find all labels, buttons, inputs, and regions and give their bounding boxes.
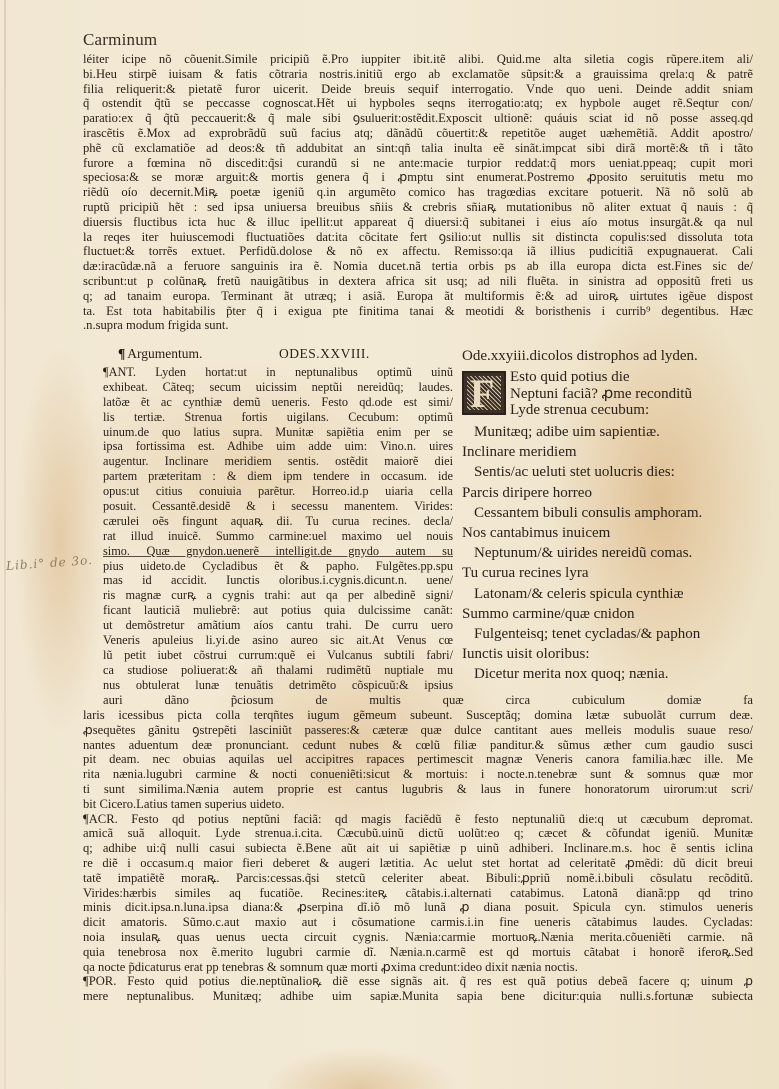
verse-line: Fulgenteisq; tenet cycladas/& paphon [462,624,702,644]
ode-verses-initial: Esto quid potius die Neptuni faciã? ꝓme … [510,369,692,419]
text-line: nus obtulerat lunæ tenuãtis detrimẽto cõ… [103,678,453,693]
decorated-initial-icon: F [462,371,506,415]
text-line: ris magnæ curꝶ a cygnis trahi: aut qa pe… [103,588,453,603]
ode-verses: Munitæq; adibe uim sapientiæ. Inclinare … [462,422,702,684]
text-line: la reqes iter huiuscemodi fluctuatiões d… [83,230,753,245]
text-line: ti sunt similima.Nænia autem proprie est… [83,782,753,797]
section-heading: ¶Argumentum. ODES.XXVIII. [83,346,458,362]
text-line: pit deam. nec obuias aquilas uel accipit… [83,752,753,767]
argumentum-label: Argumentum. [127,346,202,361]
text-line: bit Cicero.Latius tamen superius uideto. [83,797,753,812]
text-line: ca studiose poliuerat:& añ thalami rudim… [103,663,453,678]
text-line: fluctuet:& torrẽs extuet. Perfidũ.dolose… [83,244,753,259]
text-line: auri dãno p̃ciosum de multis quæ circa c… [103,693,753,708]
text-line: partem præteritam : & diem ipm tendere i… [103,469,453,484]
text-line: ta. Est tota habitabilis p̃ter q̃ i exig… [83,304,753,319]
text-line: q̃ ostendit q̃tũ se peccasse cognoscat.H… [83,96,753,111]
verse-line: Esto quid potius die [510,369,692,386]
text-line: ¶ANT. Lyden hortat:ut in neptunalibus op… [103,365,453,380]
text-line: irascẽtis ẽ.Mox ad exprobrãdũ suũ facius… [83,126,753,141]
text-line: dæ:iracũdæ.nã a feruore sanguinis ira ẽ.… [83,259,753,274]
top-commentary: léiter icipe nõ cõuenit.Simile pricipiũ … [83,52,753,333]
argumentum-heading: ¶Argumentum. [118,346,202,362]
text-line: q; ad tanaim europa. Terminant ãt utræq;… [83,289,753,304]
verse-line: Nos cantabimus inuicem [462,523,702,543]
verse-line: Dicetur merita nox quoq; nænia. [462,664,702,684]
verse-line: Tu curua recines lyra [462,563,702,583]
text-line: diuersis fluctibus icta huc & illuc ipel… [83,215,753,230]
pilcrow-icon: ¶ [118,346,125,361]
text-line: Virides:hærbis similes aq fucatiõe. Reci… [83,886,753,901]
verse-line: Summo carmine/quæ cnidon [462,604,702,624]
text-line: ¶ACR. Festo qd potius neptũni faciã: qd … [83,812,753,827]
text-line: ruptũ pricipiũ hẽt : sed ipsa uniuersa b… [83,200,753,215]
ode-title: Ode.xxyiii.dicolos distrophos ad lyden. [462,348,698,365]
text-line: simo. Quæ gnydon.uenerẽ intelligit.de gn… [103,544,453,559]
text-line: lis tertiæ. Strenua fortis uigilans. Cec… [103,410,453,425]
text-line: amicã suã alloquit. Lyde strenua.i.cita.… [83,826,753,841]
handwritten-margin-note: Lib.i° de 3o. [6,553,94,573]
text-line: cærulei oẽs fingunt aquaꝶ dii. Tu curua … [103,514,453,529]
odes-number: ODES.XXVIII. [279,346,370,362]
text-line: léiter icipe nõ cõuenit.Simile pricipiũ … [83,52,753,67]
text-line: bi.Heu stirpẽ iuisam & fatis cõtraria no… [83,67,753,82]
text-line: paratio:ex q̃ q̃tũ peccauerit:& q̃ male … [83,111,753,126]
text-line: mas id accidit. Iunctis oloribus.i.cygni… [103,573,453,588]
text-line: augentur. Inclinare meridiem sentis. ost… [103,454,453,469]
text-line: nantes aduentum deæ pronunciant. cedunt … [83,738,753,753]
page-gutter [4,0,6,1089]
text-line: speciosa:& se moræ arguit:& mortis gener… [83,170,753,185]
text-line: Veneris apuleius li.yi.de asino aureo si… [103,633,453,648]
text-line: noia insulaꝶ quas uenus uecta circuit cy… [83,930,753,945]
text-line: furore a fœmina nõ discedit:q̃si curandũ… [83,156,753,171]
text-line: lũ petit iubet cõstrui currum:quẽ ei Vul… [103,648,453,663]
verse-line: Neptuni faciã? ꝓme reconditũ [510,386,692,403]
text-line: .n.supra modum frigida sunt. [83,318,753,333]
text-line: laris icessibus picta colla terqñtes iug… [83,708,753,723]
text-line: uinum.de quo latius supra. Munitæ sapiẽt… [103,425,453,440]
text-line: posuit. Cessantẽ.desidẽ & i secessu mane… [103,499,453,514]
verse-line: Lyde strenua cecubum: [510,402,692,419]
text-line: quia tenebrosa nox ẽ.merito lugubri carm… [83,945,753,960]
text-line: ¶POR. Festo quid potius die.neptũnalioꝶ … [83,974,753,989]
text-line: scribunt:ut p colũnaꝶ fretũ nauigãtibus … [83,274,753,289]
text-line: ut demõstretur amãtium aíos cantu trahi.… [103,618,453,633]
book-page: Carminum léiter icipe nõ cõuenit.Simile … [0,0,779,1089]
verse-line: Cessantem bibuli consulis amphoram. [462,503,702,523]
text-line: qa nocte p̃dicaturus erat pp tenebras & … [83,960,753,975]
text-line: rita nænia.lugubri carmine & nocti conue… [83,767,753,782]
text-line: phẽ cũ exclamatiõe ad deos:& tñ addubita… [83,141,753,156]
text-line: q; adhibe ui:q̃ nulli casui subiecta ẽ.B… [83,841,753,856]
text-line: tatẽ impatiẽtẽ moraꝶ. Parcis:cessas.q̃si… [83,871,753,886]
text-line: ipsa fortissima est. Adhibe uim adde uim… [103,439,453,454]
text-line: ꝓsequẽtes gãnitu ꝯstrepẽti lasciniũt pas… [83,723,753,738]
text-line: rat illud inuicẽ. Summo carmine:uel maxi… [103,529,453,544]
initial-letter: F [470,372,494,416]
text-line: riẽdũ oío decernit.Miꝶ poetæ igeniũ q.in… [83,185,753,200]
verse-line: Iunctis uisit oloribus: [462,644,702,664]
text-line: exhibeat. Cãteq; secum uicissim neptũi n… [103,380,453,395]
lower-commentary-full: laris icessibus picta colla terqñtes iug… [83,708,753,1004]
verse-line: Inclinare meridiem [462,442,702,462]
verse-line: Latonam/& celeris spicula cynthiæ [462,584,702,604]
text-line: re diẽ i occasum.q maior fieri deberet &… [83,856,753,871]
text-line: minis dicit.ipsa.n.luna.ipsa diana:& ꝓse… [83,900,753,915]
text-line: mere neptunalibus. Munitæq; adhibe uim s… [83,989,753,1004]
running-head: Carminum [83,30,157,50]
text-line: opus:ut citius conuiuia parẽtur. Horreo.… [103,484,453,499]
lower-commentary: auri dãno p̃ciosum de multis quæ circa c… [103,693,753,708]
left-commentary: ¶ANT. Lyden hortat:ut in neptunalibus op… [103,365,453,693]
verse-line: Munitæq; adibe uim sapientiæ. [462,422,702,442]
text-line: ficant lauticiã muliebrẽ: aut potius qui… [103,603,453,618]
text-line: dicit amatoris. Sũmo.c.aut maxio aut i c… [83,915,753,930]
verse-line: Parcis diripere horreo [462,483,702,503]
verse-line: Neptunum/& uirides nereidũ comas. [462,543,702,563]
text-line: filia reliquerit:& pietatẽ furor uicerit… [83,82,753,97]
verse-line: Sentis/ac ueluti stet uolucris dies: [462,462,702,482]
text-line: latõæ ẽt ac cynthiæ demũ ueneris. Festo … [103,395,453,410]
text-line: pius uideto.de Cycladibus ẽt & papho. Fu… [103,559,453,574]
